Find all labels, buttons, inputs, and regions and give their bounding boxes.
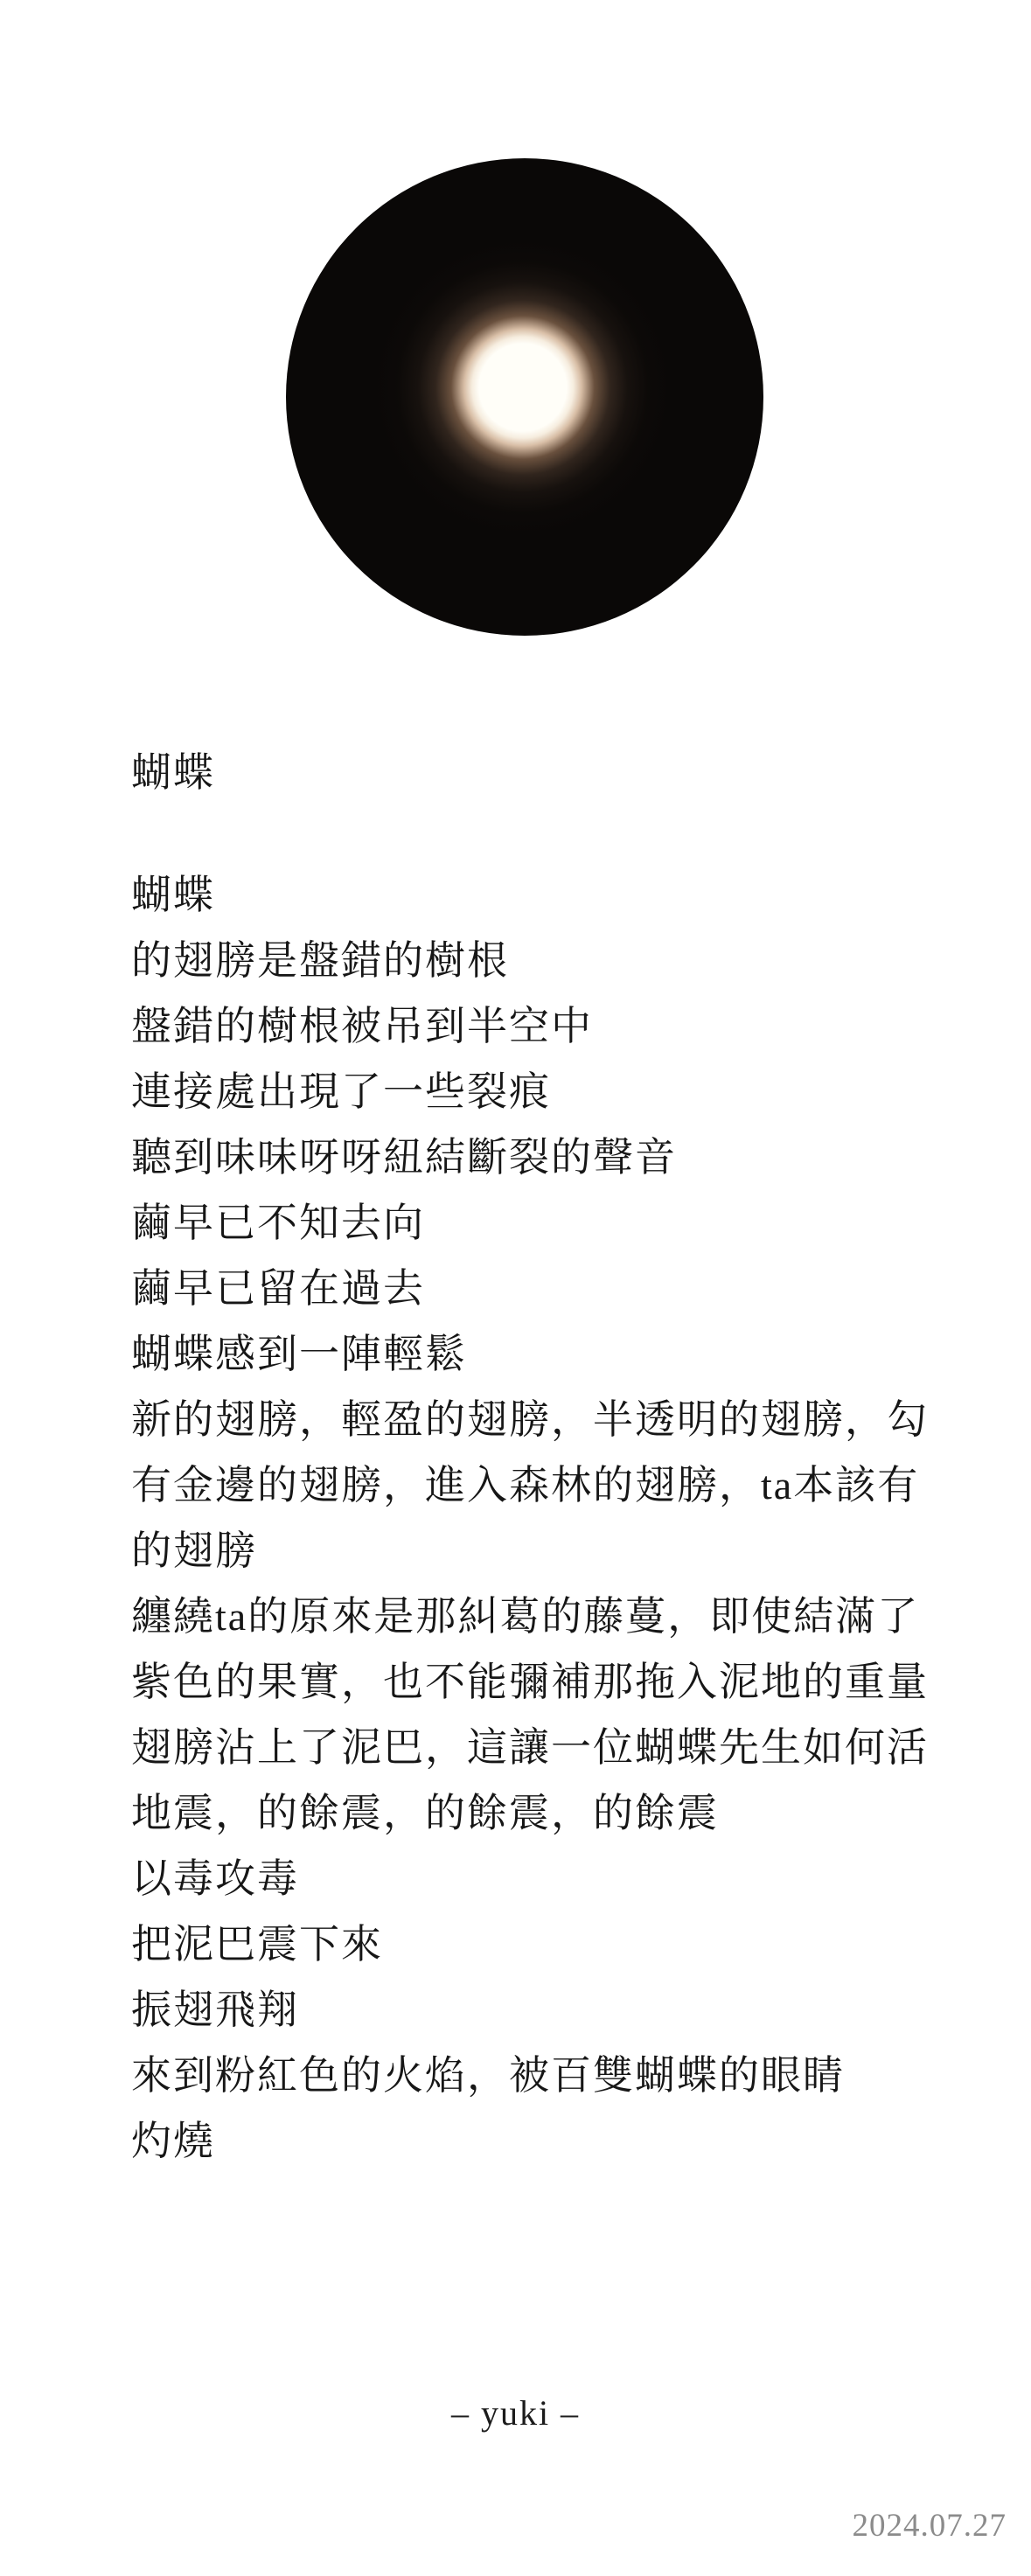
poem-line: 灼燒 <box>131 2108 929 2174</box>
moon-photo-icon <box>286 158 763 636</box>
poem-line: 蝴蝶感到一陣輕鬆 <box>131 1321 929 1387</box>
poem-line: 有金邊的翅膀，進入森林的翅膀，ta本該有 <box>131 1452 929 1518</box>
poem-line: 新的翅膀，輕盈的翅膀，半透明的翅膀，勾 <box>131 1387 929 1452</box>
poem-line: 的翅膀 <box>131 1518 929 1584</box>
poem-line: 來到粉紅色的火焰，被百雙蝴蝶的眼睛 <box>131 2043 929 2108</box>
poem-line: 以毒攻毒 <box>131 1846 929 1911</box>
poem-line: 纏繞ta的原來是那糾葛的藤蔓，即使結滿了 <box>131 1584 929 1649</box>
poem-body: 蝴蝶的翅膀是盤錯的樹根盤錯的樹根被吊到半空中連接處出現了一些裂痕聽到味味呀呀紐結… <box>131 862 929 2174</box>
poem-line: 的翅膀是盤錯的樹根 <box>131 928 929 993</box>
poem-line: 紫色的果實，也不能彌補那拖入泥地的重量 <box>131 1649 929 1715</box>
poem-line: 聽到味味呀呀紐結斷裂的聲音 <box>131 1124 929 1190</box>
poem-line: 連接處出現了一些裂痕 <box>131 1059 929 1124</box>
author-signature: – yuki – <box>0 2392 1031 2434</box>
poem-line: 繭早已不知去向 <box>131 1190 929 1256</box>
poem-line: 把泥巴震下來 <box>131 1911 929 1977</box>
page-title: 蝴蝶 <box>131 740 215 805</box>
poem-line: 蝴蝶 <box>131 862 929 928</box>
poem-line: 翅膀沾上了泥巴，這讓一位蝴蝶先生如何活 <box>131 1715 929 1780</box>
poem-line: 繭早已留在過去 <box>131 1256 929 1321</box>
poem-line: 地震，的餘震，的餘震，的餘震 <box>131 1780 929 1846</box>
poem-card: 蝴蝶 蝴蝶的翅膀是盤錯的樹根盤錯的樹根被吊到半空中連接處出現了一些裂痕聽到味味呀… <box>0 0 1031 2576</box>
poem-line: 盤錯的樹根被吊到半空中 <box>131 993 929 1059</box>
poem-line: 振翅飛翔 <box>131 1977 929 2043</box>
date-stamp: 2024.07.27 <box>853 2506 1007 2546</box>
